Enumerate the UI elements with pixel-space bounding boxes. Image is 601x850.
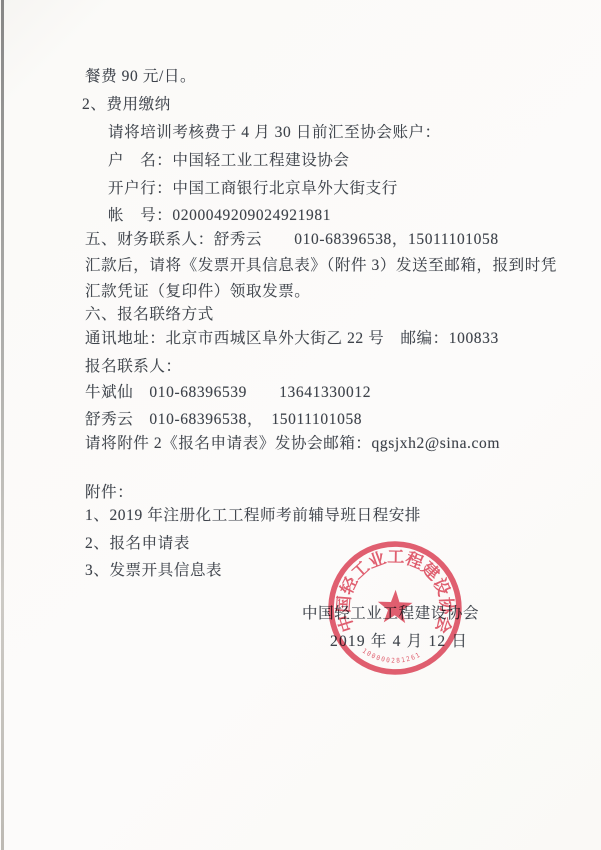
attachment-item: 1、2019 年注册化工工程师考前辅导班日程安排 — [85, 503, 421, 525]
doc-line: 汇款凭证（复印件）领取发票。 — [85, 279, 310, 301]
doc-line-contact-2: 舒秀云 010-68396538， 15011101058 — [85, 407, 362, 429]
doc-line-finance-contact: 五、财务联系人：舒秀云 010-68396538，15011101058 — [85, 227, 499, 249]
doc-line-section-contact: 六、报名联络方式 — [85, 302, 214, 324]
star-icon — [377, 589, 413, 623]
attachment-item: 3、发票开具信息表 — [85, 558, 222, 580]
scanned-document-page: 餐费 90 元/日。 2、费用缴纳 请将培训考核费于 4 月 30 日前汇至协会… — [0, 0, 601, 850]
official-seal: 中国轻工业工程建设协会 100000281261 — [322, 535, 469, 682]
doc-line-section-fee: 2、费用缴纳 — [82, 92, 171, 114]
attachments-label: 附件： — [85, 480, 133, 502]
doc-line-email: 请将附件 2《报名申请表》发协会邮箱：qgsjxh2@sina.com — [85, 431, 500, 453]
seal-serial: 100000281261 — [360, 647, 422, 666]
doc-line-account-number: 帐 号：0200049209024921981 — [108, 203, 331, 225]
doc-line: 报名联系人： — [85, 354, 182, 376]
doc-line: 餐费 90 元/日。 — [85, 64, 196, 86]
doc-line: 汇款后，请将《发票开具信息表》（附件 3）发送至邮箱，报到时凭 — [85, 253, 557, 275]
doc-line-contact-1: 牛斌仙 010-68396539 13641330012 — [85, 380, 371, 402]
doc-line: 请将培训考核费于 4 月 30 日前汇至协会账户： — [108, 120, 441, 142]
doc-line-account-name: 户 名：中国轻工业工程建设协会 — [108, 148, 350, 170]
doc-line-address: 通讯地址：北京市西城区阜外大街乙 22 号 邮编：100833 — [85, 326, 499, 348]
scan-edge-artifact — [1, 0, 4, 850]
attachment-item: 2、报名申请表 — [85, 531, 190, 553]
doc-line-bank: 开户行：中国工商银行北京阜外大街支行 — [108, 176, 398, 198]
